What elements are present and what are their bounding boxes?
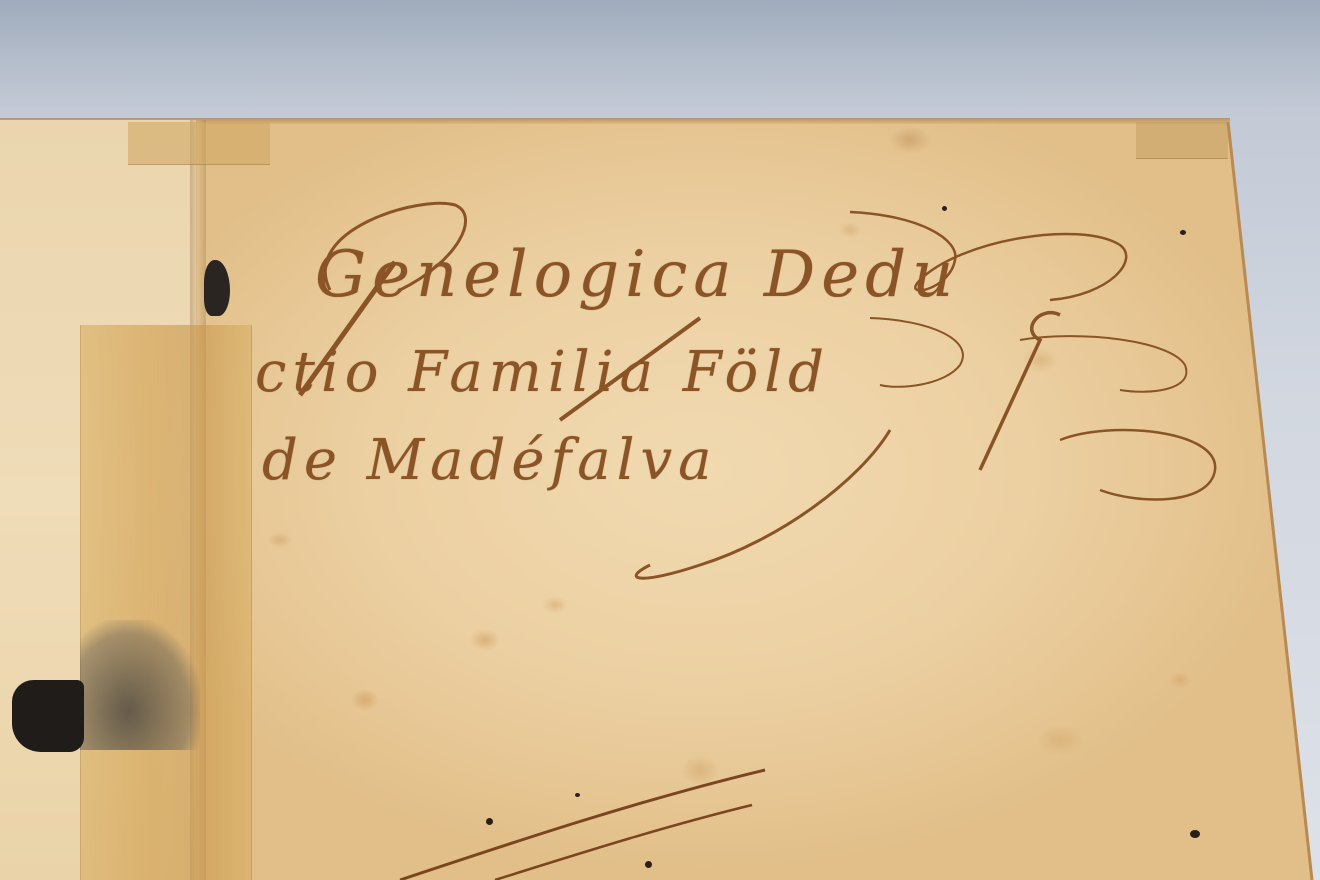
manuscript-photo: Genelogica Dedu ctio Familia Föld de Mad… bbox=[0, 0, 1320, 880]
pen-flourishes bbox=[0, 0, 1320, 880]
